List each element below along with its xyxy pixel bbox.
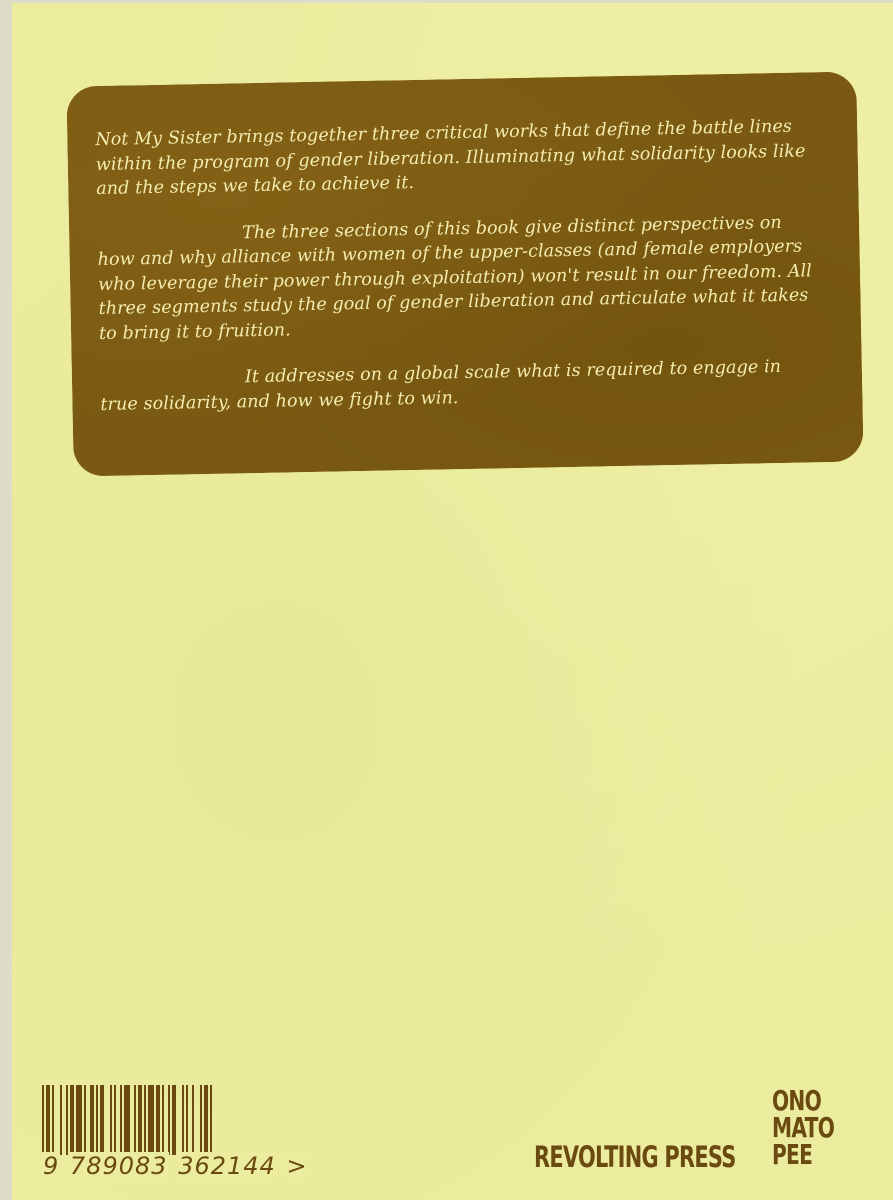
imprint-line-1: ONO [772,1087,834,1114]
imprint-line-2: MATO [772,1114,834,1141]
back-cover: Not My Sister brings together three crit… [12,3,893,1200]
blurb-paragraph-2: The three sections of this book give dis… [97,210,821,346]
imprint-logo: ONO MATO PEE [772,1087,834,1168]
blurb-box: Not My Sister brings together three crit… [66,71,863,476]
publisher-name: REVOLTING PRESS [534,1140,736,1174]
barcode-bars-icon [42,1085,282,1155]
isbn-group-2: 362144 [177,1152,277,1180]
imprint-line-3: PEE [772,1141,834,1168]
isbn-number: 9 789083 362144 > [42,1152,309,1180]
blurb-paragraph-1: Not My Sister brings together three crit… [95,114,818,201]
blurb-paragraph-3: It addresses on a global scale what is r… [100,354,823,417]
isbn-suffix: > [285,1152,308,1180]
isbn-prefix: 9 [42,1152,60,1180]
isbn-group-1: 789083 [69,1152,169,1180]
